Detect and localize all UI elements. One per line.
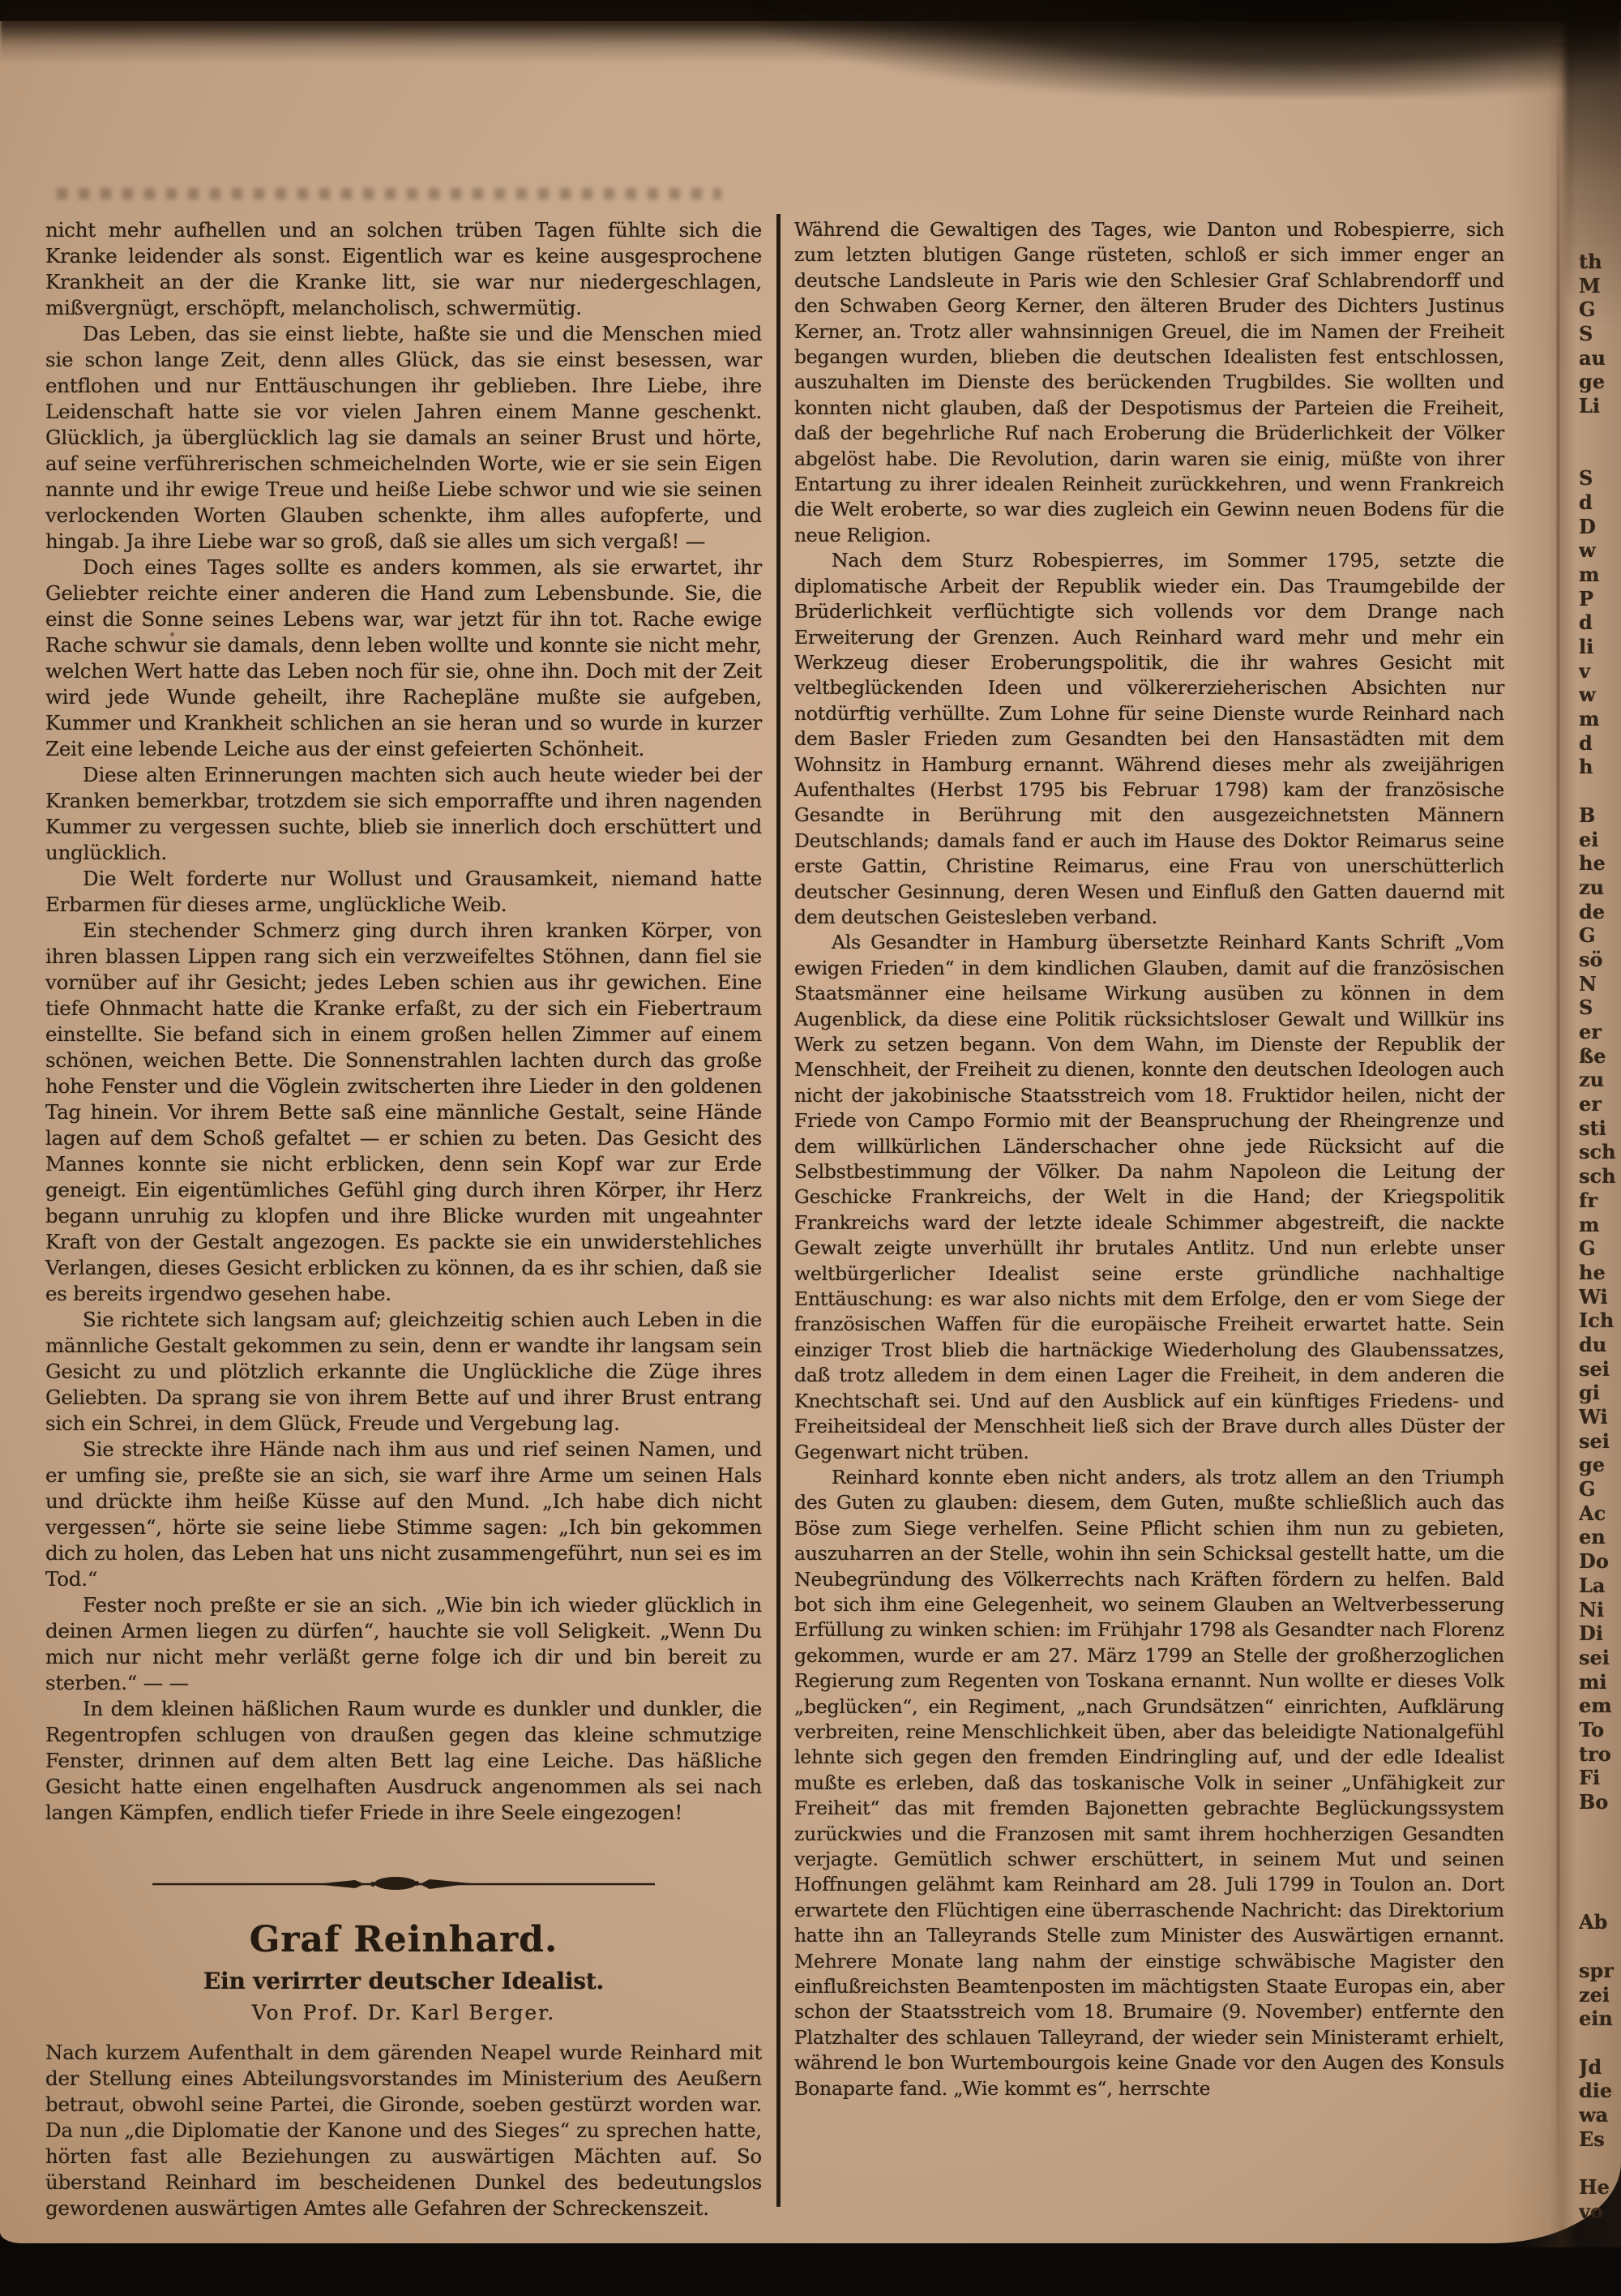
column-left: nicht mehr aufhellen und an solchen trüb… — [45, 217, 762, 2221]
center-paragraphs: Während die Gewaltigen des Tages, wie Da… — [794, 217, 1504, 2101]
story-paragraph: In dem kleinen häßlichen Raum wurde es d… — [45, 1696, 762, 1826]
story-paragraph: Doch eines Tages sollte es anders kommen… — [45, 555, 762, 762]
article-byline: Von Prof. Dr. Karl Berger. — [45, 1999, 762, 2027]
story-paragraph: Sie richtete sich langsam auf; gleichzei… — [45, 1307, 762, 1437]
page-edge-curl — [1564, 0, 1621, 324]
dust-speck — [170, 632, 174, 636]
story-paragraph: nicht mehr aufhellen und an solchen trüb… — [45, 217, 762, 321]
story-paragraph: Fester noch preßte er sie an sich. „Wie … — [45, 1592, 762, 1696]
story-paragraph: Das Leben, das sie einst liebte, haßte s… — [45, 321, 762, 555]
center-paragraph: Nach dem Sturz Robespierres, im Sommer 1… — [794, 548, 1504, 930]
dust-speck — [1151, 835, 1154, 838]
dust-speck — [503, 1557, 506, 1561]
article-subtitle: Ein verirrter deutscher Idealist. — [45, 1967, 762, 1996]
center-paragraph: Während die Gewaltigen des Tages, wie Da… — [794, 217, 1504, 548]
article-title: Graf Reinhard. — [45, 1918, 762, 1962]
ornamental-rule-icon — [152, 1873, 655, 1894]
cropped-text-ghost — [57, 188, 721, 199]
story-paragraphs: nicht mehr aufhellen und an solchen trüb… — [45, 217, 762, 1826]
article-paragraphs: Nach kurzem Aufenthalt in dem gärenden N… — [45, 2040, 762, 2221]
article-paragraph: Nach kurzem Aufenthalt in dem gärenden N… — [45, 2040, 762, 2221]
page-fold-shadow — [1503, 42, 1621, 2247]
newspaper-page: nicht mehr aufhellen und an solchen trüb… — [0, 21, 1621, 2243]
column-center: Während die Gewaltigen des Tages, wie Da… — [794, 217, 1504, 2101]
page-fold-line — [1557, 70, 1559, 2218]
center-paragraph: Als Gesandter in Hamburg übersetzte Rein… — [794, 930, 1504, 1465]
story-paragraph: Sie streckte ihre Hände nach ihm aus und… — [45, 1437, 762, 1592]
newspaper-scan: { "colors": { "paper": "#c7a88b", "ink":… — [0, 0, 1621, 2296]
story-paragraph: Diese alten Erinnerungen machten sich au… — [45, 762, 762, 866]
story-paragraph: Ein stechender Schmerz ging durch ihren … — [45, 918, 762, 1307]
ink-smudge-top-right — [762, 0, 1621, 97]
center-paragraph: Reinhard konnte eben nicht anders, als t… — [794, 1465, 1504, 2101]
story-paragraph: Die Welt forderte nur Wollust und Grausa… — [45, 866, 762, 918]
dust-speck — [956, 2011, 960, 2014]
column-divider-rule — [776, 214, 781, 2207]
